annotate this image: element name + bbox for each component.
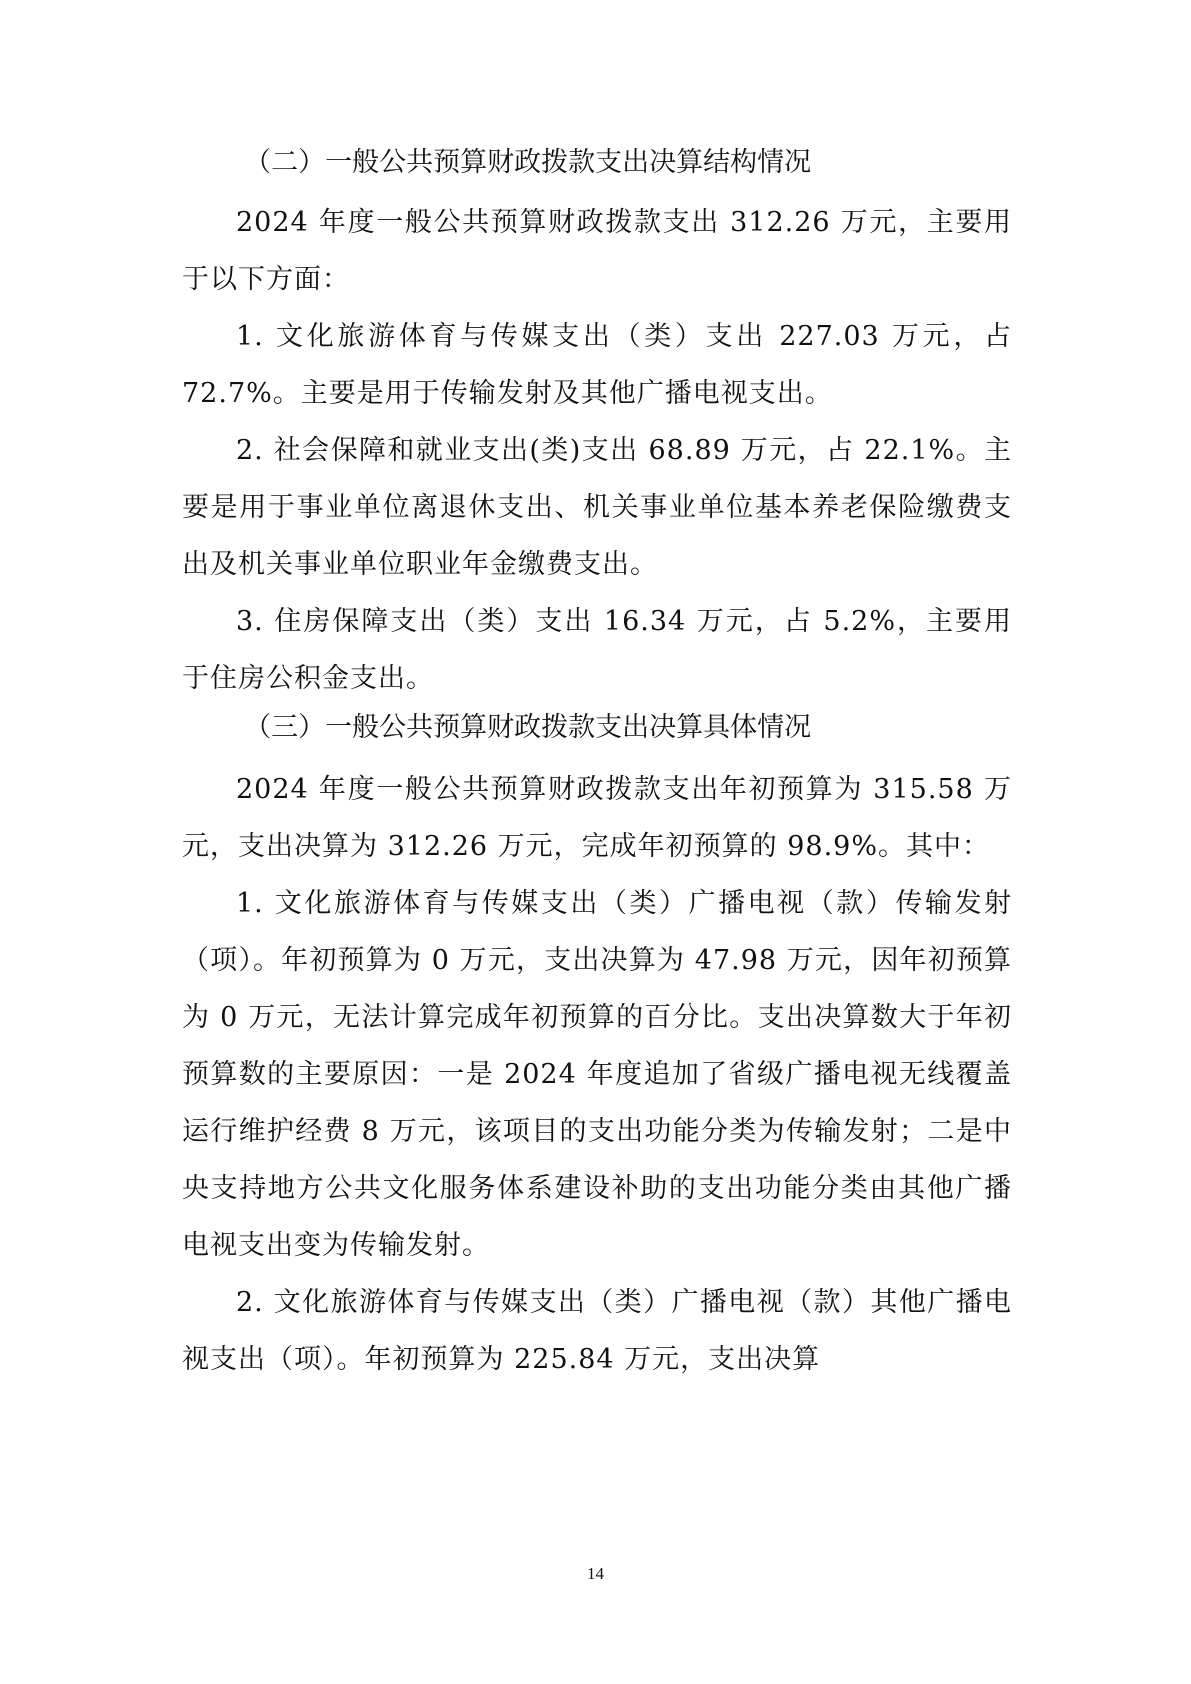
page-number: 14 — [0, 1564, 1191, 1584]
paragraph-total-expenditure: 2024 年度一般公共预算财政拨款支出 312.26 万元，主要用于以下方面： — [182, 194, 1012, 308]
section-heading-expenditure-structure: （二）一般公共预算财政拨款支出决算结构情况 — [182, 138, 1012, 188]
paragraph-budget-completion: 2024 年度一般公共预算财政拨款支出年初预算为 315.58 万元，支出决算为… — [182, 761, 1012, 875]
paragraph-culture-media-expenditure: 1. 文化旅游体育与传媒支出（类）支出 227.03 万元，占 72.7%。主要… — [182, 308, 1012, 422]
paragraph-housing-expenditure: 3. 住房保障支出（类）支出 16.34 万元，占 5.2%，主要用于住房公积金… — [182, 593, 1012, 707]
paragraph-other-broadcast-item: 2. 文化旅游体育与传媒支出（类）广播电视（款）其他广播电视支出（项）。年初预算… — [182, 1274, 1012, 1388]
section-heading-expenditure-details: （三）一般公共预算财政拨款支出决算具体情况 — [182, 703, 1012, 753]
document-body: （二）一般公共预算财政拨款支出决算结构情况 2024 年度一般公共预算财政拨款支… — [182, 138, 1012, 1388]
paragraph-social-security-expenditure: 2. 社会保障和就业支出(类)支出 68.89 万元，占 22.1%。主要是用于… — [182, 422, 1012, 593]
paragraph-transmission-item: 1. 文化旅游体育与传媒支出（类）广播电视（款）传输发射（项）。年初预算为 0 … — [182, 875, 1012, 1274]
document-page: （二）一般公共预算财政拨款支出决算结构情况 2024 年度一般公共预算财政拨款支… — [0, 0, 1191, 1684]
